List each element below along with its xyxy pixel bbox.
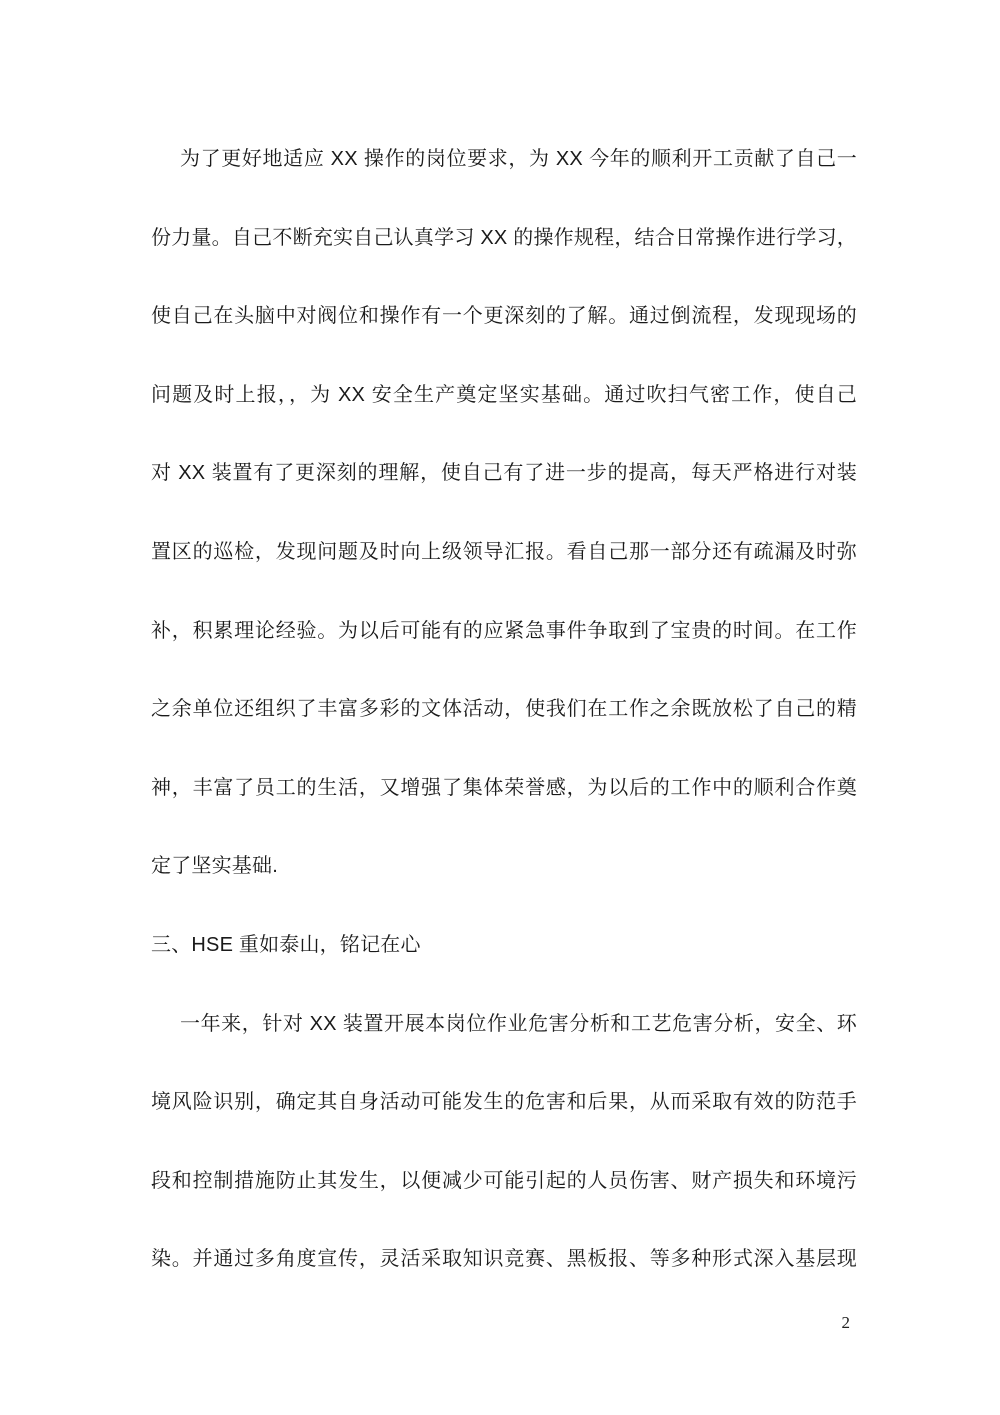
paragraph-line: 为了更好地适应 XX 操作的岗位要求，为 XX 今年的顺利开工贡献了自己一 bbox=[151, 120, 857, 199]
paragraph-line: 使自己在头脑中对阀位和操作有一个更深刻的了解。通过倒流程，发现现场的 bbox=[151, 277, 857, 356]
paragraph-line: 份力量。自己不断充实自己认真学习 XX 的操作规程，结合日常操作进行学习， bbox=[151, 199, 857, 278]
section-heading-hse: 三、HSE 重如泰山，铭记在心 bbox=[151, 906, 857, 985]
paragraph-line: 补，积累理论经验。为以后可能有的应紧急事件争取到了宝贵的时间。在工作 bbox=[151, 592, 857, 671]
document-body: 为了更好地适应 XX 操作的岗位要求，为 XX 今年的顺利开工贡献了自己一 份力… bbox=[151, 120, 857, 1299]
paragraph-line: 置区的巡检，发现问题及时向上级领导汇报。看自己那一部分还有疏漏及时弥 bbox=[151, 513, 857, 592]
paragraph-line: 定了坚实基础. bbox=[151, 827, 857, 906]
paragraph-line: 染。并通过多角度宣传，灵活采取知识竞赛、黑板报、等多种形式深入基层现 bbox=[151, 1220, 857, 1299]
paragraph-line: 段和控制措施防止其发生，以便减少可能引起的人员伤害、财产损失和环境污 bbox=[151, 1142, 857, 1221]
paragraph-line: 问题及时上报，，为 XX 安全生产奠定坚实基础。通过吹扫气密工作，使自己 bbox=[151, 356, 857, 435]
paragraph-line: 之余单位还组织了丰富多彩的文体活动，使我们在工作之余既放松了自己的精 bbox=[151, 670, 857, 749]
paragraph-line: 神，丰富了员工的生活，又增强了集体荣誉感，为以后的工作中的顺利合作奠 bbox=[151, 749, 857, 828]
document-page: 为了更好地适应 XX 操作的岗位要求，为 XX 今年的顺利开工贡献了自己一 份力… bbox=[0, 0, 1000, 1415]
paragraph-line: 一年来，针对 XX 装置开展本岗位作业危害分析和工艺危害分析，安全、环 bbox=[151, 985, 857, 1064]
page-number: 2 bbox=[842, 1312, 851, 1334]
paragraph-line: 境风险识别，确定其自身活动可能发生的危害和后果，从而采取有效的防范手 bbox=[151, 1063, 857, 1142]
paragraph-line: 对 XX 装置有了更深刻的理解，使自己有了进一步的提高，每天严格进行对装 bbox=[151, 434, 857, 513]
